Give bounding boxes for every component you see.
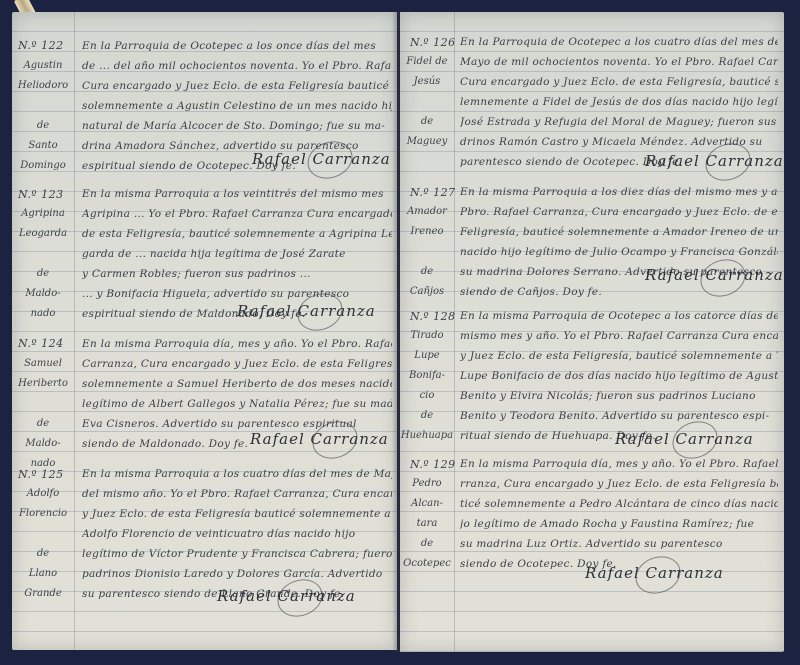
- margin-name: Agustin Heliodoro de Santo Domingo: [12, 56, 74, 176]
- entry-number: N.º 122: [18, 39, 64, 52]
- margin-rule: [74, 12, 75, 650]
- entry-number: N.º 124: [18, 337, 64, 350]
- margin-name: Agripina Leogarda de Maldo- nado: [12, 204, 74, 324]
- entry-number: N.º 128: [410, 310, 456, 323]
- margin-name: Fidel de Jesús de Maguey: [400, 52, 454, 152]
- entry-number: N.º 127: [410, 186, 456, 199]
- margin-name: Tirado Lupe Bonifa- cio de Huehuapa: [400, 326, 454, 446]
- left-page: N.º 122 Agustin Heliodoro de Santo Domin…: [12, 12, 397, 650]
- margin-name: Amador Ireneo de Cañjos: [400, 202, 454, 302]
- margin-name: Pedro Alcan- tara de Ocotepec: [400, 474, 454, 574]
- entry-text: En la misma Parroquia de Ocotepec a los …: [460, 306, 778, 446]
- entry-text: En la misma Parroquia a los cuatro días …: [82, 464, 392, 604]
- margin-name: Adolfo Florencio de Llano Grande: [12, 484, 74, 604]
- entry-number: N.º 129: [410, 458, 456, 471]
- margin-name: Samuel Heriberto de Maldo- nado: [12, 354, 74, 474]
- entry-number: N.º 126: [410, 36, 456, 49]
- margin-rule: [454, 12, 455, 652]
- entry-number: N.º 123: [18, 188, 64, 201]
- entry-text: En la misma Parroquia día, mes y año. Yo…: [460, 454, 778, 574]
- right-page: N.º 126 Fidel de Jesús de Maguey En la P…: [400, 12, 784, 652]
- entry-number: N.º 125: [18, 468, 64, 481]
